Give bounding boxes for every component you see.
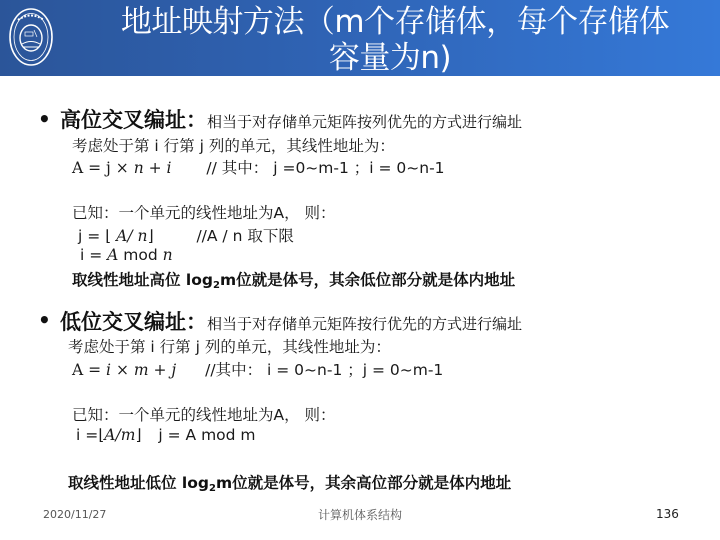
consider-text: 考虑处于第 i 行第 j 列的单元，其线性地址为： — [68, 335, 391, 357]
formula-comment: //其中： i = 0~n-1 ；j = 0~m-1 — [205, 361, 443, 379]
calc-j-comment: //A / n 取下限 — [196, 227, 293, 245]
section-heading-low-order: 低位交叉编址：相当于对存储单元矩阵按行优先的方式进行编址 — [60, 306, 522, 336]
known-text: 已知：一个单元的线性地址为A， 则： — [72, 201, 336, 223]
calc-j: j = ⌊ A/ n⌋ //A / n 取下限 — [78, 224, 294, 246]
heading-bold: 高位交叉编址： — [60, 108, 207, 132]
conclusion-high-order: 取线性地址高位 log2m位就是体号，其余低位部分就是体内地址 — [72, 268, 515, 291]
bullet-icon: • — [38, 308, 51, 332]
section-heading-high-order: 高位交叉编址：相当于对存储单元矩阵按列优先的方式进行编址 — [60, 104, 522, 134]
calc-j: j = A mod m — [158, 426, 255, 444]
formula-comment: // 其中： j =0~m-1 ；i = 0~n-1 — [206, 159, 444, 177]
heading-description: 相当于对存储单元矩阵按行优先的方式进行编址 — [207, 315, 522, 333]
calc-i: i = A mod n — [80, 246, 173, 264]
heading-description: 相当于对存储单元矩阵按列优先的方式进行编址 — [207, 113, 522, 131]
bullet-icon: • — [38, 107, 51, 131]
known-text: 已知：一个单元的线性地址为A， 则： — [72, 403, 336, 425]
calc-i-j: i =⌊A/m⌋ j = A mod m — [76, 426, 256, 444]
slide-body: • 高位交叉编址：相当于对存储单元矩阵按列优先的方式进行编址 考虑处于第 i 行… — [0, 0, 720, 540]
conclusion-low-order: 取线性地址低位 log2m位就是体号，其余高位部分就是体内地址 — [68, 471, 511, 494]
consider-text: 考虑处于第 i 行第 j 列的单元，其线性地址为： — [72, 134, 395, 156]
linear-address-formula: A = j × n + i // 其中： j =0~m-1 ；i = 0~n-1 — [72, 156, 445, 178]
page-number: 136 — [656, 507, 679, 521]
footer-course-name: 计算机体系结构 — [0, 506, 720, 523]
linear-address-formula: A = i × m + j //其中： i = 0~n-1 ；j = 0~m-1 — [72, 358, 443, 380]
heading-bold: 低位交叉编址： — [60, 310, 207, 334]
